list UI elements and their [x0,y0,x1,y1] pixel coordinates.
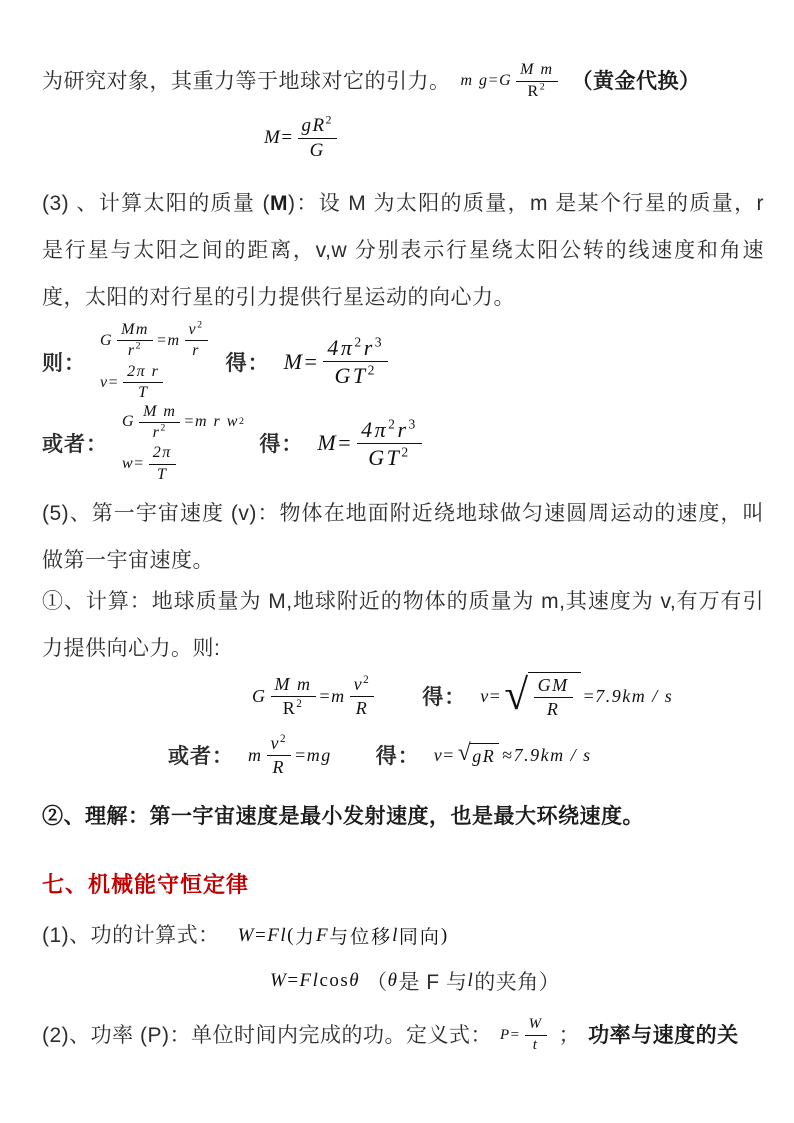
formula-v-sqrt-gR: v = √gR ≈ 7.9km / s [434,743,592,767]
get-label: 得： [422,681,466,711]
para-sun-mass-pre: (3) 、计算太阳的质量 ( [42,192,270,215]
formula-row-earth-mass: M = gR2G [42,112,764,164]
work-formula-label: (1)、功的计算式： [42,912,220,959]
block-v-derivation-1: GM mR2= mv2R 得： v = √GMR = 7.9km / s [252,667,764,725]
formula-sun-mass-result-2: M = 4π2r3GT2 [317,417,425,471]
formula-P-W-t: P = Wt [500,1016,551,1054]
formula-W-Fl-cos: W = Fl cos θ [270,970,360,992]
document-page: 为研究对象，其重力等于地球对它的引力。 m g = GM mR2 （黄金代换） … [0,0,794,1123]
formula-sun-mass-result: M = 4π2r3GT2 [284,335,392,389]
line-work-cos: W = Fl cos θ （θ是 F 与l的夹角） [270,961,764,1001]
then-formula-stack: GMmr2= mv2r v = 2π rT [100,321,212,403]
formula-W-Fl: W = Fl(力F与位移l同向) [238,922,449,949]
para-calculation: ①、计算：地球质量为 M,地球附近的物体的质量为 m,其速度为 v,有万有引力提… [42,578,764,672]
formula-golden-substitution: m g = GM mR2 [461,61,562,101]
block-v-derivation-2: 或者： mv2R= mg 得： v = √gR ≈ 7.9km / s [168,725,764,785]
para-sun-mass: (3) 、计算太阳的质量 (M)：设 M 为太阳的质量，m 是某个行星的质量，r… [42,180,764,321]
formula-mv2R-mg: mv2R= mg [248,733,332,777]
then-label: 则： [42,347,86,377]
formula-theta-note: （θ是 F 与l的夹角） [366,966,560,996]
formula-v-sqrt-GM-R: v = √GMR = 7.9km / s [480,672,673,719]
block-then: 则： GMmr2= mv2r v = 2π rT 得： M = 4π2r3GT2 [42,321,764,403]
line-power: (2)、功率 (P)：单位时间内完成的功。定义式： P = Wt ； 功率与速度… [42,1011,764,1059]
formula-v-2pir-T: v = 2π rT [100,363,167,403]
intro-line: 为研究对象，其重力等于地球对它的引力。 m g = GM mR2 （黄金代换） [42,56,764,106]
or-label: 或者： [42,428,108,458]
or-label: 或者： [168,740,234,770]
get-label: 得： [226,347,270,377]
intro-text: 为研究对象，其重力等于地球对它的引力。 [42,58,451,105]
para-sun-mass-bold-M: M [270,192,288,215]
power-label: (2)、功率 (P)：单位时间内完成的功。定义式： [42,1012,492,1059]
formula-gravity-centripetal-r: GMmr2= mv2r [100,321,212,361]
golden-substitution-label: （黄金代换） [572,58,701,105]
formula-gravity-equals-centripetal: GM mR2= mv2R [252,674,378,718]
para-understanding: ②、理解：第一宇宙速度是最小发射速度，也是最大环绕速度。 [42,793,764,840]
block-or: 或者： GM mr2= m r w2 w = 2πT 得： M = 4π2r3G… [42,403,764,485]
or-formula-stack: GM mr2= m r w2 w = 2πT [122,403,245,485]
get-label: 得： [259,428,303,458]
power-semicolon: ； [559,1012,581,1059]
formula-gravity-centripetal-w: GM mr2= m r w2 [122,403,245,443]
formula-earth-mass: M = gR2G [264,115,341,162]
power-speed-bold-tail: 功率与速度的关 [588,1012,739,1059]
section-title-mechanical-energy: 七、机械能守恒定律 [42,868,764,902]
formula-w-2pi-T: w = 2πT [122,444,180,484]
line-work-formula: (1)、功的计算式： W = Fl(力F与位移l同向) [42,912,764,959]
para-first-cosmic-velocity: (5)、第一宇宙速度 (v)：物体在地面附近绕地球做匀速圆周运动的速度，叫做第一… [42,490,764,584]
get-label: 得： [376,740,420,770]
